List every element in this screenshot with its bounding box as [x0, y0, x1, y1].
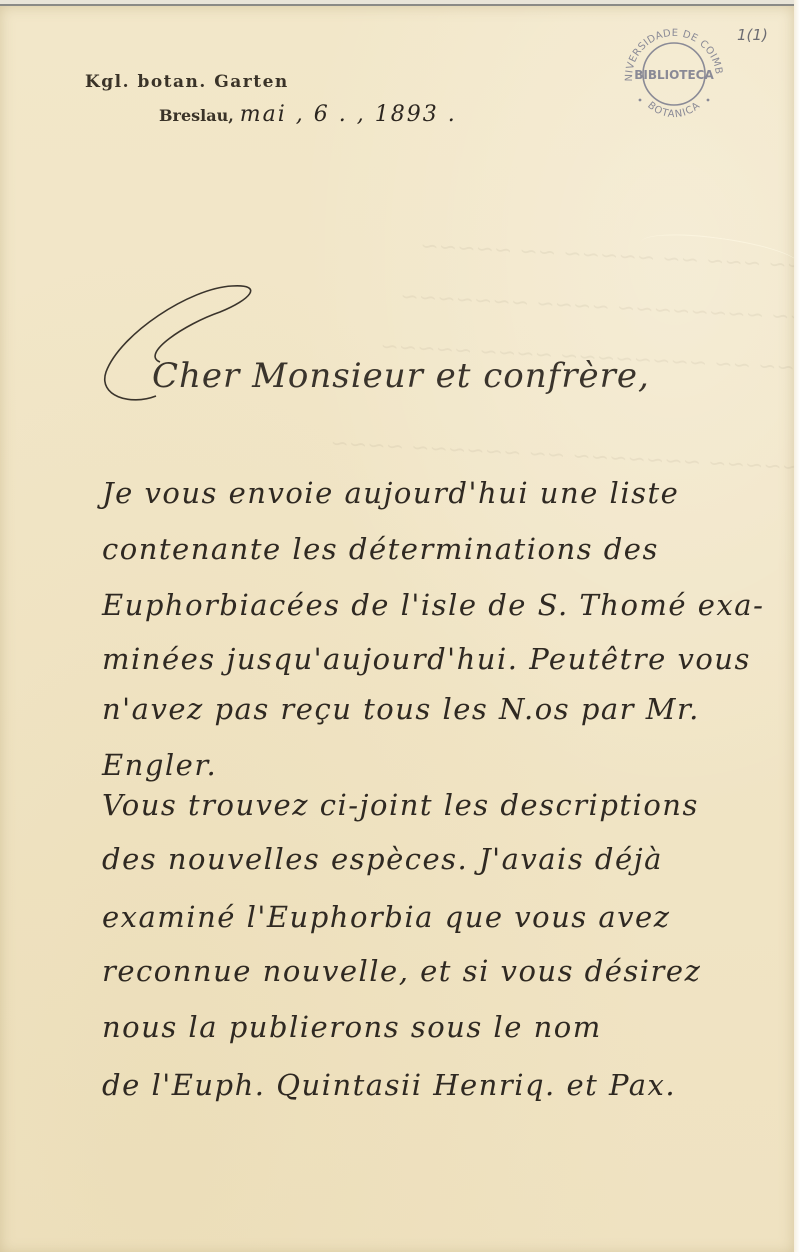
body-line: Euphorbiacées de l'isle de S. Thomé exa- — [102, 588, 764, 622]
scan-edge — [794, 0, 800, 1252]
letter-page: ~~ ~~~~ ~~~ ~~ ~~~~~ ~~ ~~~~~ ~~~~ ~~~~~… — [0, 4, 794, 1252]
body-line: Engler. — [102, 748, 217, 782]
body-line: des nouvelles espèces. J'avais déjà — [102, 842, 663, 876]
body-line: Vous trouvez ci-joint les descriptions — [102, 788, 699, 822]
body-line: minées jusqu'aujourd'hui. Peutêtre vous — [102, 642, 751, 676]
body-line: reconnue nouvelle, et si vous désirez — [102, 954, 701, 988]
salutation: Cher Monsieur et confrère, — [100, 284, 700, 414]
svg-text:BOTANICA: BOTANICA — [645, 100, 702, 120]
stamp-bottom-text: BOTANICA — [645, 100, 702, 120]
body-line: Je vous envoie aujourd'hui une liste — [102, 476, 679, 510]
body-line: contenante les déterminations des — [102, 532, 659, 566]
place-date-line: Breslau, mai , 6 . , 1893 . — [159, 102, 457, 127]
letterhead: Kgl. botan. Garten Breslau, mai , 6 . , … — [85, 72, 457, 127]
body-line: de l'Euph. Quintasii Henriq. et Pax. — [102, 1068, 676, 1102]
place-name: Breslau, — [159, 106, 234, 125]
handwritten-date: mai , 6 . , 1893 . — [240, 102, 457, 127]
institution-name: Kgl. botan. Garten — [85, 72, 457, 92]
body-line: nous la publierons sous le nom — [102, 1010, 602, 1044]
folio-number: 1(1) — [737, 26, 768, 44]
stamp-center-text: BIBLIOTECA — [634, 68, 714, 82]
body-line: examiné l'Euphorbia que vous avez — [102, 900, 671, 934]
library-stamp-icon: UNIVERSIDADE DE COIMBRA BIBLIOTECA BOTAN… — [618, 18, 730, 130]
salutation-text: Cher Monsieur et confrère, — [152, 356, 650, 396]
body-line: n'avez pas reçu tous les N.os par Mr. — [102, 692, 700, 726]
